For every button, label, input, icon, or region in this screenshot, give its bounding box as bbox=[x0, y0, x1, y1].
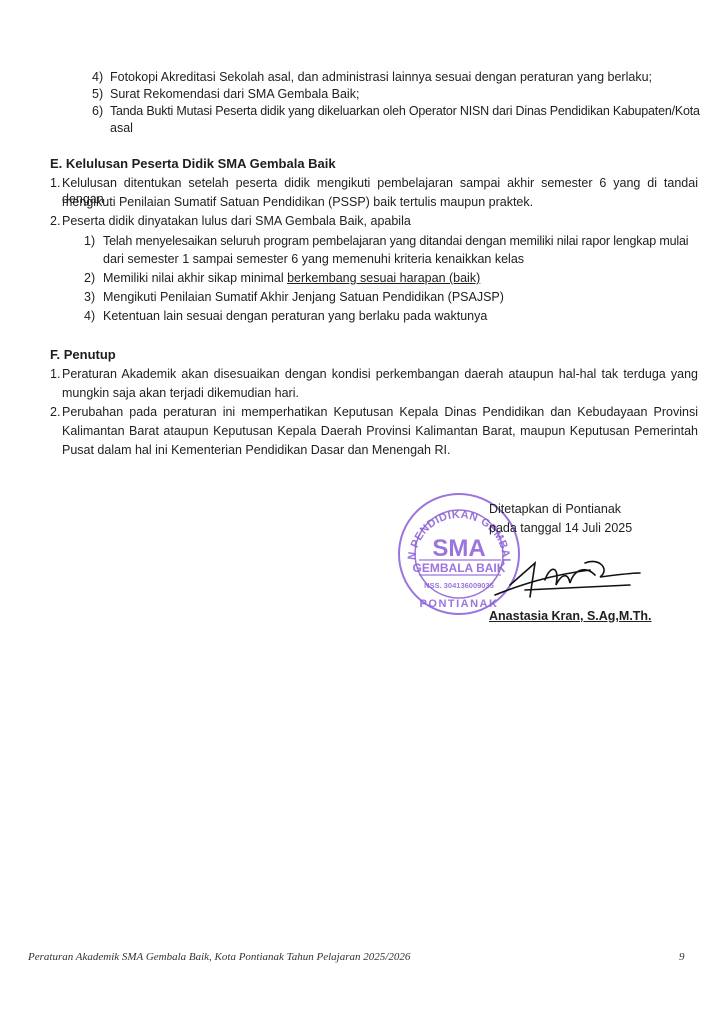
list-text: Fotokopi Akreditasi Sekolah asal, dan ad… bbox=[110, 69, 652, 85]
page-number: 9 bbox=[679, 951, 685, 963]
signatory-name: Anastasia Kran, S.Ag,M.Th. bbox=[489, 608, 652, 624]
list-number: 2. bbox=[50, 404, 60, 420]
list-number: 1. bbox=[50, 175, 60, 191]
stamp-bottom-text: PONTIANAK bbox=[420, 598, 499, 610]
list-text: Surat Rekomendasi dari SMA Gembala Baik; bbox=[110, 86, 359, 102]
section-heading-e: E. Kelulusan Peserta Didik SMA Gembala B… bbox=[50, 156, 336, 172]
paragraph-line: Perubahan pada peraturan ini memperhatik… bbox=[62, 404, 698, 420]
list-text-prefix: Memiliki nilai akhir sikap minimal bbox=[103, 271, 287, 285]
list-number: 4) bbox=[92, 69, 103, 85]
section-heading-f: F. Penutup bbox=[50, 347, 116, 363]
list-text: Memiliki nilai akhir sikap minimal berke… bbox=[103, 270, 480, 286]
list-text: Tanda Bukti Mutasi Peserta didik yang di… bbox=[110, 103, 700, 119]
footer-title: Peraturan Akademik SMA Gembala Baik, Kot… bbox=[28, 951, 410, 963]
paragraph-line: Pusat dalam hal ini Kementerian Pendidik… bbox=[62, 442, 450, 458]
list-text: Ketentuan lain sesuai dengan peraturan y… bbox=[103, 308, 487, 324]
list-text: Mengikuti Penilaian Sumatif Akhir Jenjan… bbox=[103, 289, 504, 305]
paragraph-line: Kalimantan Barat ataupun Keputusan Kepal… bbox=[62, 423, 698, 439]
list-number: 1. bbox=[50, 366, 60, 382]
paragraph-line: mengikuti Penilaian Sumatif Satuan Pendi… bbox=[62, 194, 533, 210]
paragraph-line: Peraturan Akademik akan disesuaikan deng… bbox=[62, 366, 698, 382]
handwritten-signature bbox=[490, 555, 645, 605]
list-number: 4) bbox=[84, 308, 95, 324]
signature-place: Ditetapkan di Pontianak bbox=[489, 501, 621, 517]
list-text-continued: dari semester 1 sampai semester 6 yang m… bbox=[103, 251, 524, 267]
stamp-center-big: SMA bbox=[432, 535, 485, 562]
paragraph-line: Peserta didik dinyatakan lulus dari SMA … bbox=[62, 213, 411, 229]
list-number: 2. bbox=[50, 213, 60, 229]
signature-date: pada tanggal 14 Juli 2025 bbox=[489, 520, 632, 536]
list-number: 5) bbox=[92, 86, 103, 102]
list-number: 6) bbox=[92, 103, 103, 119]
underlined-text: berkembang sesuai harapan (baik) bbox=[287, 271, 480, 285]
paragraph-line: mungkin saja akan terjadi dikemudian har… bbox=[62, 385, 299, 401]
list-text: Telah menyelesaikan seluruh program pemb… bbox=[103, 233, 688, 249]
list-text-continued: asal bbox=[110, 120, 133, 136]
list-number: 3) bbox=[84, 289, 95, 305]
stamp-nss: NSS. 304136009035 bbox=[424, 581, 494, 590]
list-number: 1) bbox=[84, 233, 95, 249]
list-number: 2) bbox=[84, 270, 95, 286]
